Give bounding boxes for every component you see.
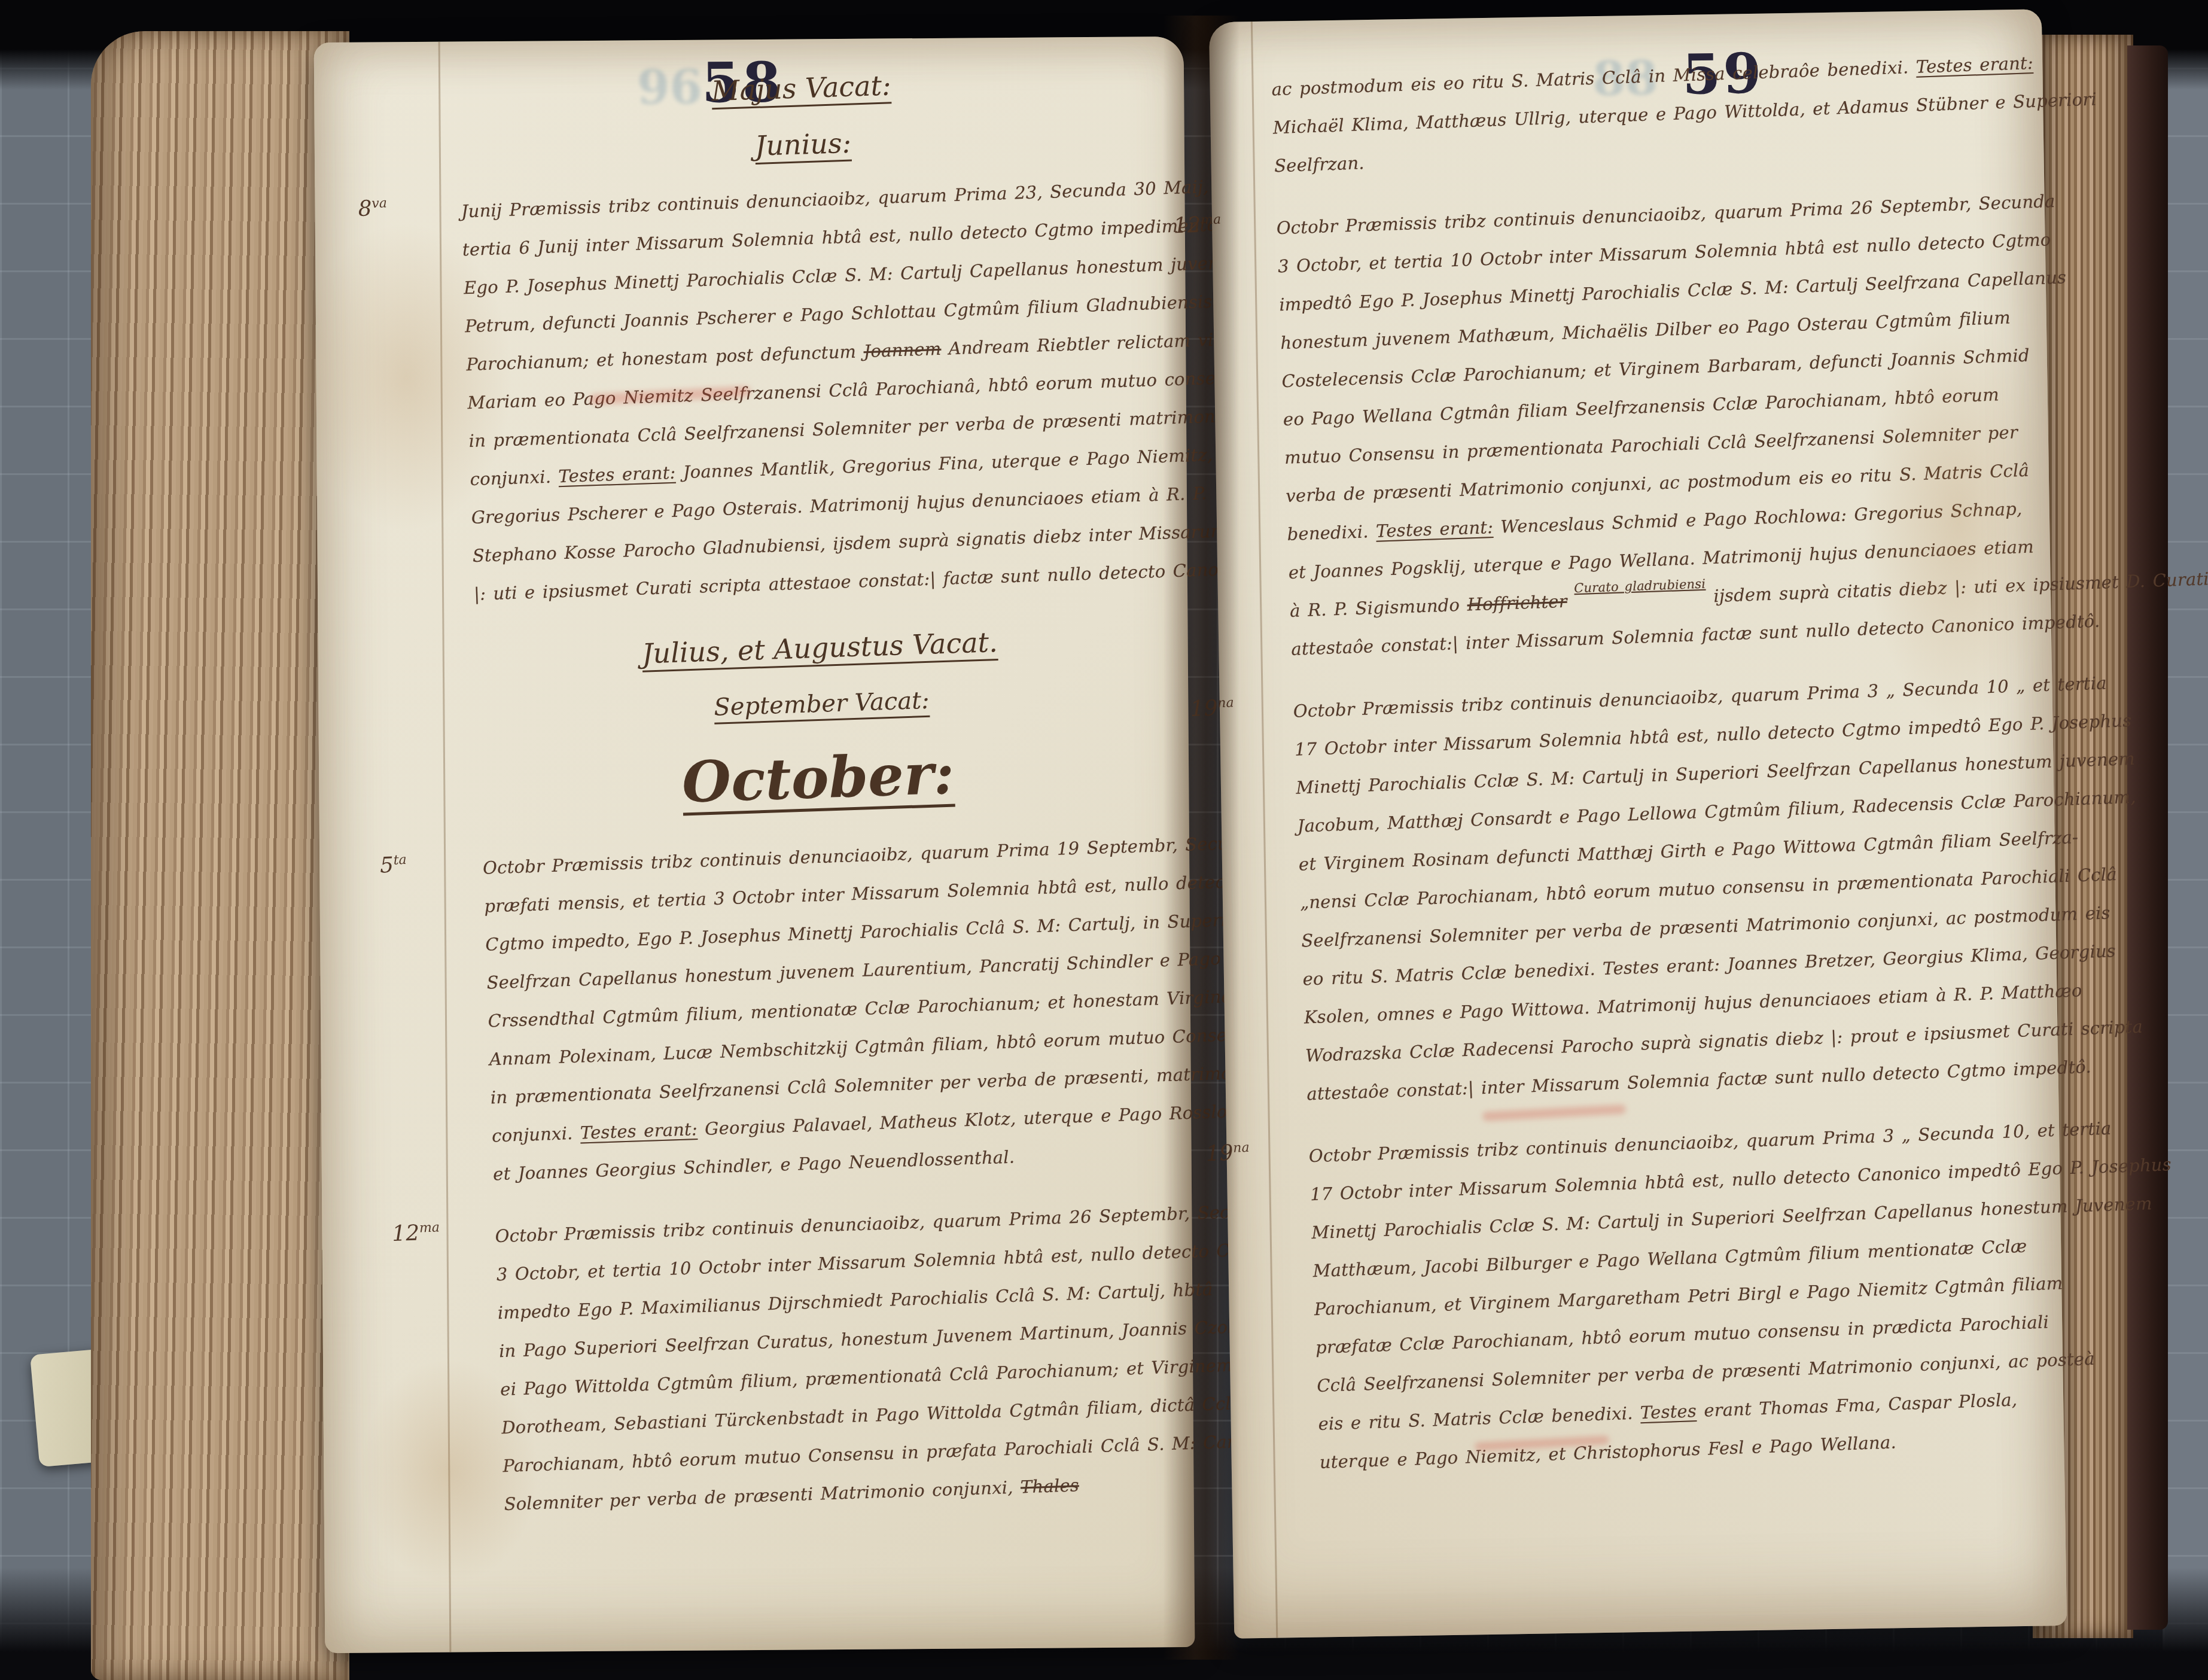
mat-right-strip — [2163, 0, 2208, 1680]
underlined-text: Testes erant: — [580, 1119, 698, 1143]
entry-date-margin: 19na — [1190, 693, 1284, 721]
entry-date-margin: 8va — [358, 194, 452, 221]
entry-date-margin: 12ma — [1173, 211, 1267, 238]
left-page-margin-rule — [438, 42, 452, 1652]
register-entry: 19naOctobr Præmissis tribz continuis den… — [1293, 666, 2067, 1113]
manuscript-photo: 96 58 Majus Vacat:Junius:8vaJunij Præmis… — [0, 0, 2208, 1680]
register-entry: 8vaJunij Præmissis tribz continuis denun… — [461, 169, 1186, 613]
left-page: 96 58 Majus Vacat:Junius:8vaJunij Præmis… — [314, 36, 1195, 1653]
entry-date-margin: 12ma — [392, 1219, 486, 1246]
month-heading: Majus Vacat: — [456, 54, 1146, 121]
left-page-content: Majus Vacat:Junius:8vaJunij Præmissis tr… — [456, 44, 1217, 1547]
underlined-text: Testes erant: — [558, 462, 676, 486]
underlined-text: Testes erant: — [1375, 517, 1493, 541]
struck-word: Hoffrichter — [1467, 591, 1567, 615]
entry-date-margin: 19na — [1205, 1139, 1299, 1166]
month-heading: Junius: — [459, 111, 1148, 178]
book-cover-edge — [2127, 45, 2168, 1630]
register-entry: 19naOctobr Præmissis tribz continuis den… — [1308, 1110, 2079, 1481]
right-page-margin-rule — [1251, 22, 1278, 1638]
month-heading: October: — [479, 728, 1158, 828]
register-entry: 12maOctobr Præmissis tribz continuis den… — [1276, 182, 2051, 668]
left-page-stack-edge — [91, 31, 349, 1680]
interlinear-insertion: Curato gladrubiensi — [1574, 584, 1706, 589]
struck-word: Thales — [1020, 1475, 1079, 1497]
month-heading: September Vacat: — [477, 671, 1167, 738]
underlined-text: Testes — [1640, 1401, 1697, 1423]
right-page: 88 59 ac postmodum eis eo ritu S. Matris… — [1209, 9, 2067, 1639]
register-entry: ac postmodum eis eo ritu S. Matris Cclâ … — [1271, 44, 2035, 185]
right-page-content: ac postmodum eis eo ritu S. Matris Cclâ … — [1271, 29, 2081, 1505]
month-heading: Julius, et Augustus Vacat. — [475, 614, 1164, 681]
register-entry: 12maOctobr Præmissis tribz continuis den… — [495, 1194, 1216, 1523]
struck-word: Joannem — [863, 339, 942, 361]
underlined-text: Testes erant: — [1915, 53, 2033, 77]
entry-date-margin: 5ta — [379, 850, 473, 878]
register-entry: 5taOctobr Præmissis tribz continuis denu… — [482, 825, 1205, 1193]
